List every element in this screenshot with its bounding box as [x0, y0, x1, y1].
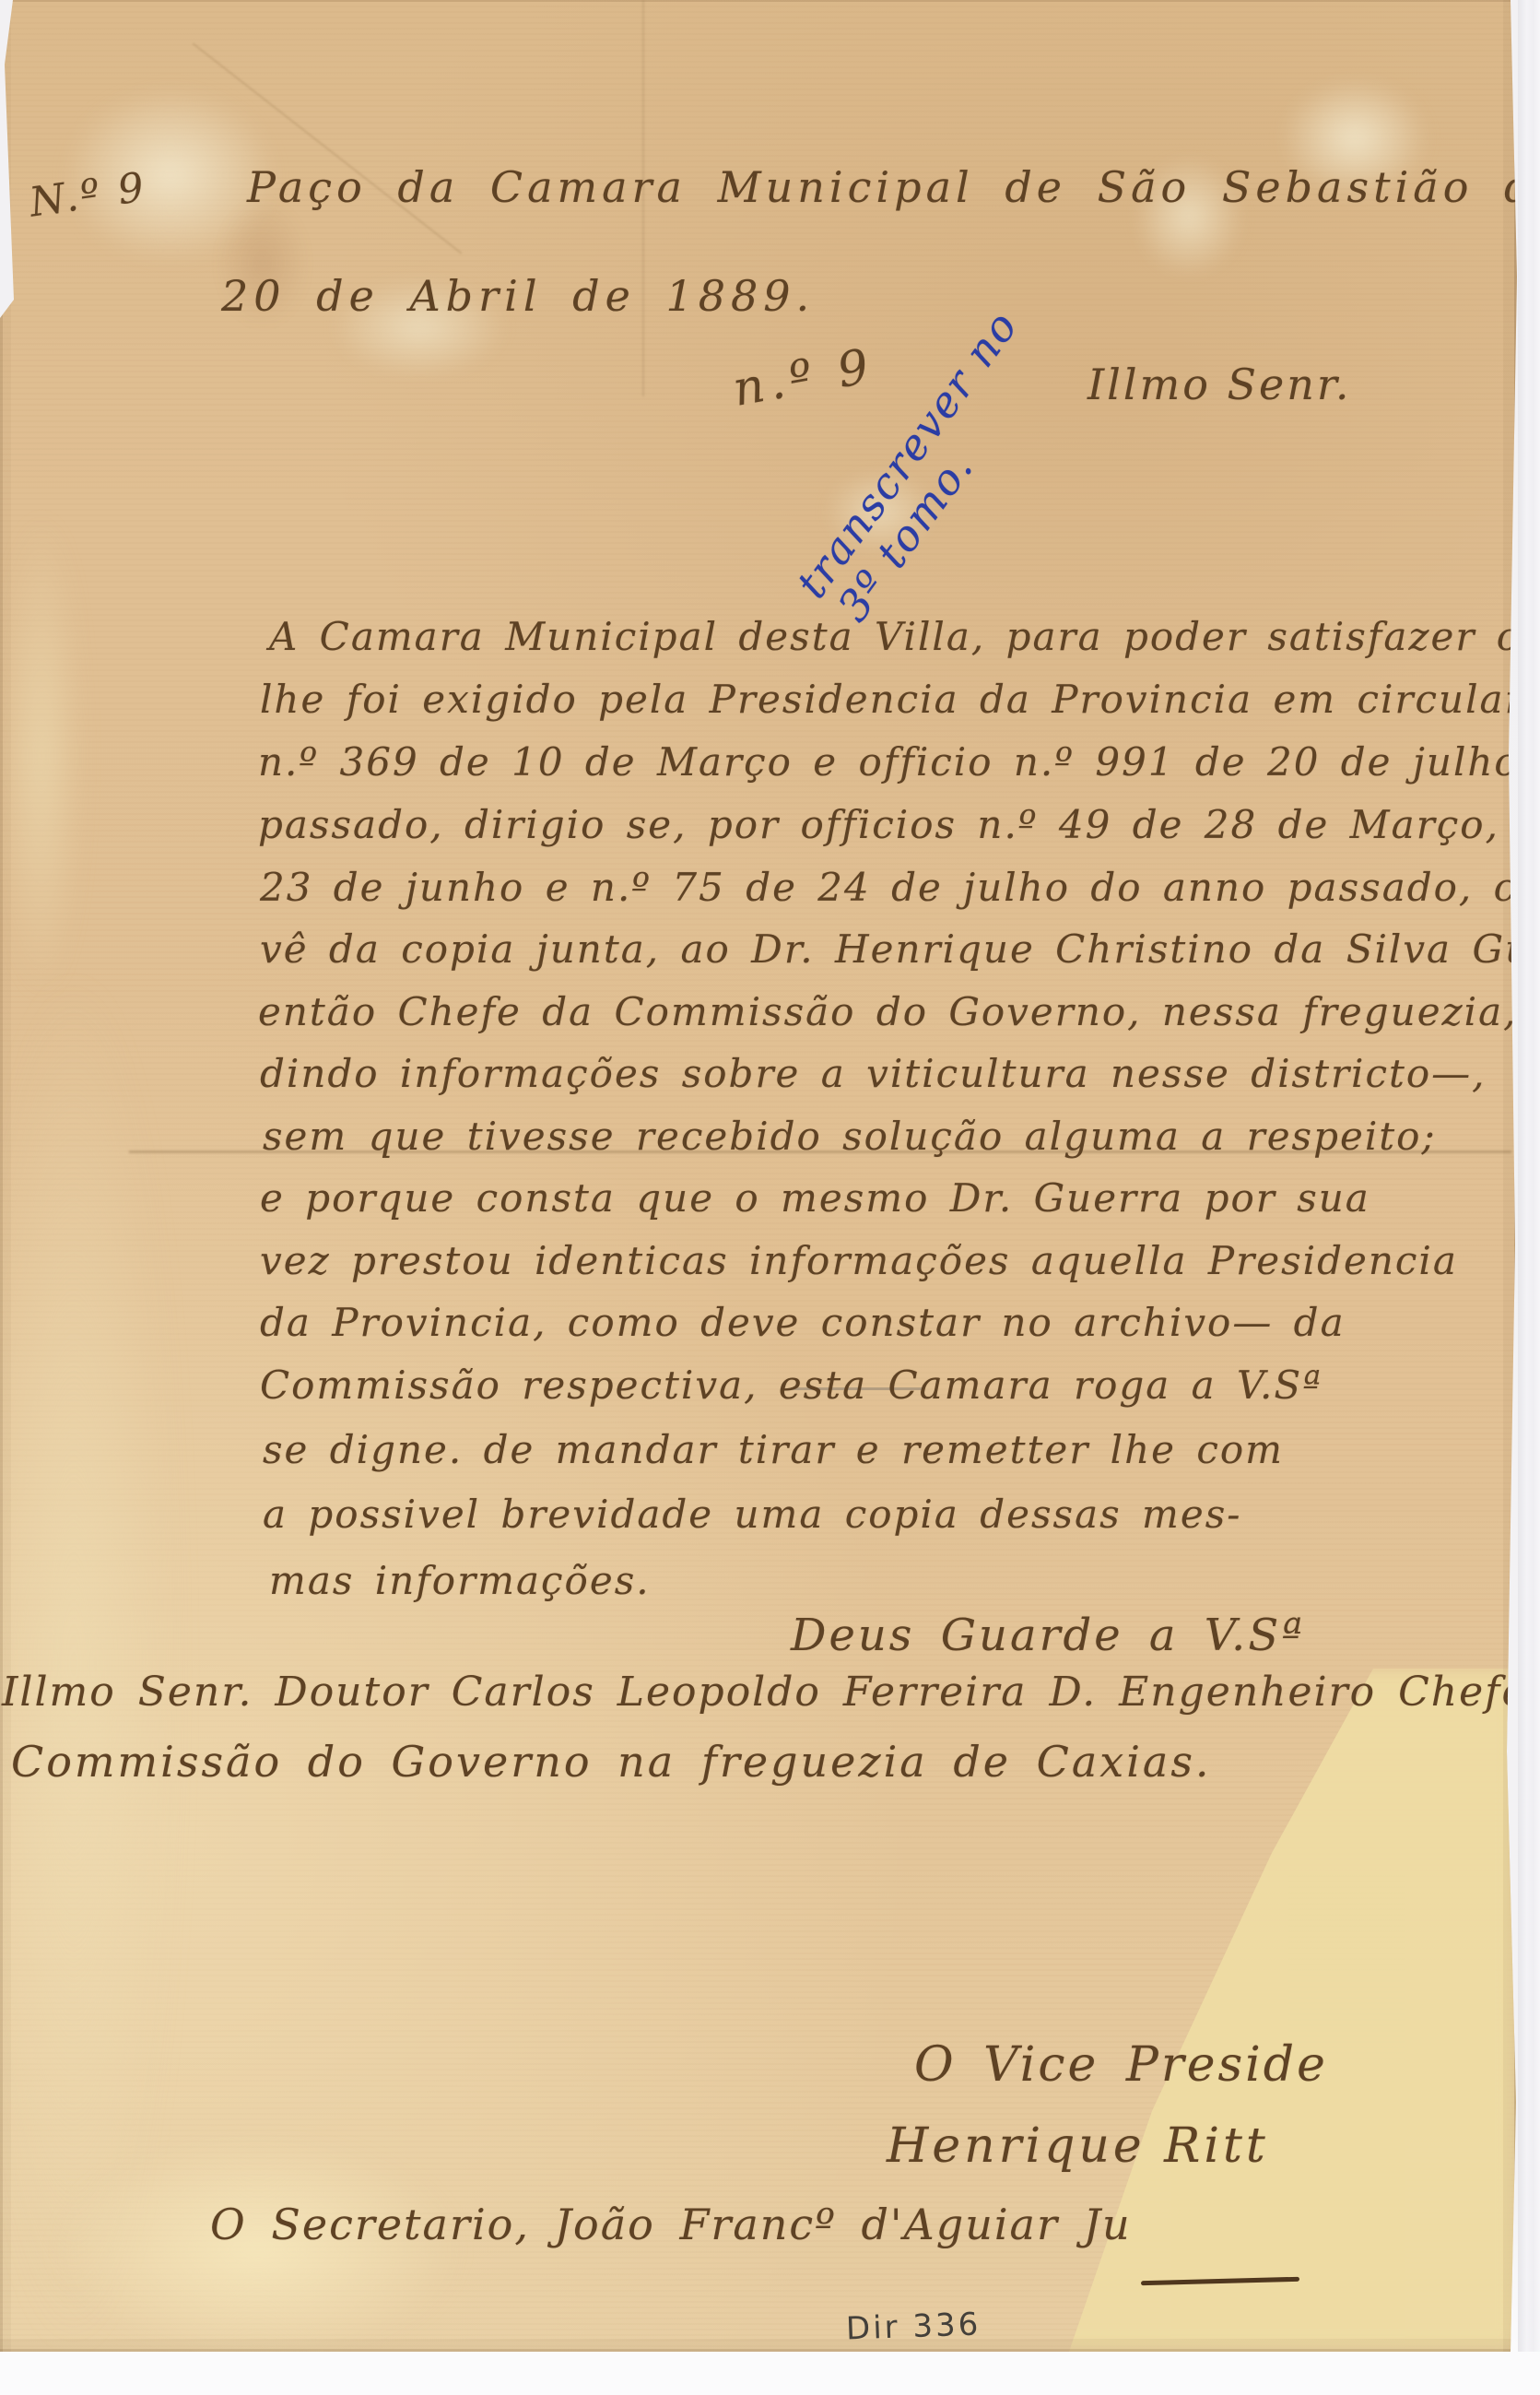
body-line: lhe foi exigido pela Presidencia da Prov… [260, 678, 1525, 721]
addressee-line-2: Commissão do Governo na freguezia de Cax… [11, 1739, 1212, 1786]
body-line: 23 de junho e n.º 75 de 24 de julho do a… [260, 867, 1540, 909]
body-line: passado, dirigio se, por officios n.º 49… [258, 804, 1540, 846]
valediction: Deus Guarde a V.Sª [791, 1611, 1305, 1660]
archival-number: N.º 9 [27, 165, 149, 226]
document-page: N.º 9 Paço da Camara Municipal de São Se… [0, 0, 1518, 2352]
body-line: Commissão respectiva, esta Camara roga a… [260, 1364, 1323, 1407]
paper-stain-left-column [0, 977, 175, 2351]
body-line: sem que tivesse recebido solução alguma … [263, 1115, 1437, 1158]
scanner-background: { "colors": { "paper": "#e1bf92", "ink_b… [0, 0, 1540, 2395]
secretary-signature: O Secretario, João Francº d'Aguiar Ju [210, 2201, 1132, 2248]
signature-name: Henrique Ritt [887, 2120, 1269, 2173]
body-line: mas informações. [269, 1560, 651, 1602]
body-line: a possivel brevidade uma copia dessas me… [263, 1493, 1241, 1536]
paper-stain-bottom-left-blob [55, 2139, 461, 2360]
dateline-date: 20 de Abril de 1889. [221, 273, 815, 320]
body-line: se digne. de mandar tirar e remetter lhe… [263, 1429, 1284, 1471]
dateline-place: Paço da Camara Municipal de São Sebastiã… [247, 164, 1540, 211]
crease-diagonal-top-left [193, 42, 463, 254]
body-line: e porque consta que o mesmo Dr. Guerra p… [260, 1177, 1370, 1220]
scanner-right-band [1518, 0, 1540, 2395]
body-line: vê da copia junta, ao Dr. Henrique Chris… [260, 928, 1540, 971]
document-number: n.º 9 [729, 340, 878, 417]
body-line: dindo informações sobre a viticultura ne… [260, 1053, 1487, 1095]
scanner-bottom-band [0, 2352, 1540, 2395]
paper-stain-left-torn [0, 516, 83, 996]
addressee-line-1: Illmo Senr. Doutor Carlos Leopoldo Ferre… [2, 1670, 1528, 1715]
catalog-number: Dir 336 [845, 2307, 982, 2346]
body-line: n.º 369 de 10 de Março e officio n.º 991… [258, 741, 1540, 784]
body-line: vez prestou identicas informações aquell… [260, 1240, 1458, 1282]
body-line: da Provincia, como deve constar no archi… [260, 1302, 1346, 1344]
signature-role: O Vice Preside [914, 2039, 1328, 2092]
salutation: Illmo Senr. [1087, 361, 1351, 408]
body-line: A Camara Municipal desta Villa, para pod… [269, 616, 1540, 658]
body-line: então Chefe da Commissão do Governo, nes… [258, 991, 1540, 1033]
